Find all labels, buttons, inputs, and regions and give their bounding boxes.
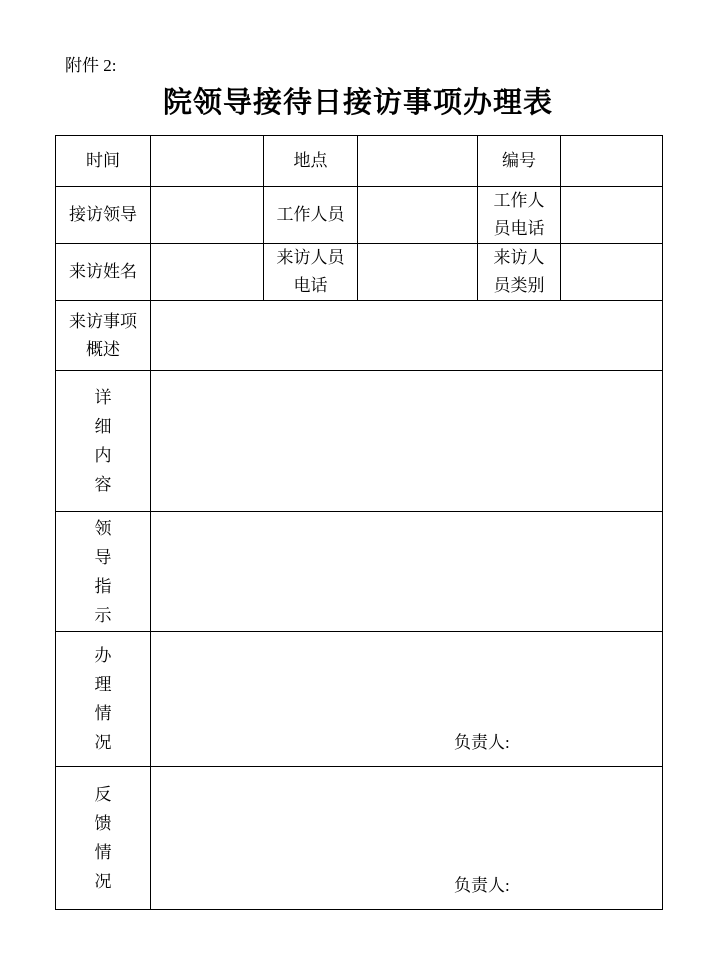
table-row-instruction: 领 导 指 示 [56,512,663,632]
detail-content-label: 详 细 内 容 [56,371,151,512]
table-row-leader: 接访领导 工作人员 工作人 员电话 [56,187,663,244]
staff-value-cell[interactable] [358,187,478,244]
staff-label: 工作人员 [264,187,358,244]
feedback-status-value-cell[interactable]: 负责人: [151,767,663,910]
visitor-category-label: 来访人 员类别 [478,244,561,301]
time-label: 时间 [56,136,151,187]
reception-leader-label: 接访领导 [56,187,151,244]
form-table: 时间 地点 编号 接访领导 工作人员 工作人 员电话 来访姓名 来访人员 电话 … [55,135,663,910]
staff-phone-value-cell[interactable] [561,187,663,244]
location-label: 地点 [264,136,358,187]
handling-status-label: 办 理 情 况 [56,632,151,767]
responsible-person-label: 负责人: [454,728,510,753]
page-title: 院领导接待日接访事项办理表 [0,80,716,121]
handling-status-value-cell[interactable]: 负责人: [151,632,663,767]
attachment-label: 附件 2: [65,54,116,78]
feedback-status-label: 反 馈 情 况 [56,767,151,910]
visitor-phone-label: 来访人员 电话 [264,244,358,301]
visitor-phone-value-cell[interactable] [358,244,478,301]
table-row-detail: 详 细 内 容 [56,371,663,512]
responsible-person-label: 负责人: [454,871,510,896]
visitor-category-value-cell[interactable] [561,244,663,301]
location-value-cell[interactable] [358,136,478,187]
visit-summary-value-cell[interactable] [151,301,663,371]
table-row-summary: 来访事项 概述 [56,301,663,371]
number-value-cell[interactable] [561,136,663,187]
table-row-time: 时间 地点 编号 [56,136,663,187]
detail-content-value-cell[interactable] [151,371,663,512]
leader-instruction-value-cell[interactable] [151,512,663,632]
reception-leader-value-cell[interactable] [151,187,264,244]
visitor-name-value-cell[interactable] [151,244,264,301]
visit-summary-label: 来访事项 概述 [56,301,151,371]
table-row-feedback: 反 馈 情 况 负责人: [56,767,663,910]
table-row-handling: 办 理 情 况 负责人: [56,632,663,767]
time-value-cell[interactable] [151,136,264,187]
visitor-name-label: 来访姓名 [56,244,151,301]
table-row-visitor: 来访姓名 来访人员 电话 来访人 员类别 [56,244,663,301]
number-label: 编号 [478,136,561,187]
staff-phone-label: 工作人 员电话 [478,187,561,244]
leader-instruction-label: 领 导 指 示 [56,512,151,632]
